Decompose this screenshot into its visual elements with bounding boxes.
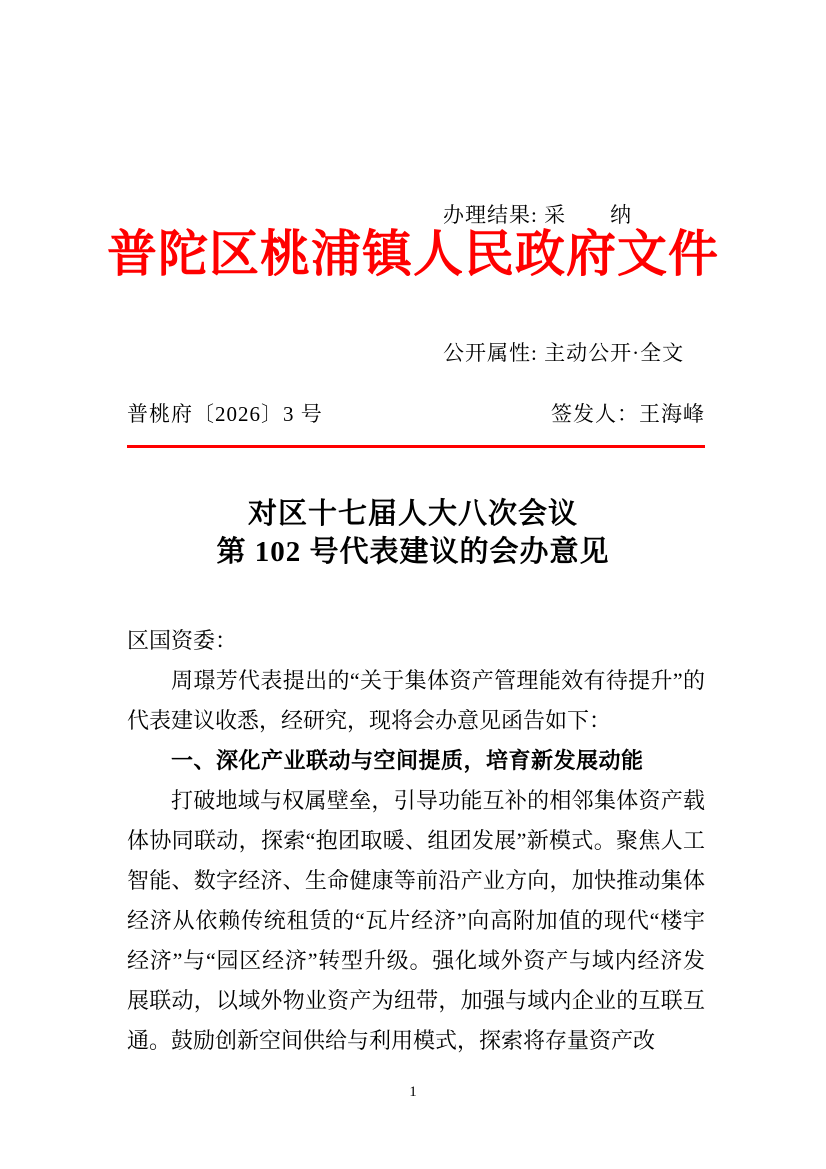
salutation: 区国资委： <box>127 621 705 661</box>
signer: 签发人：王海峰 <box>551 399 705 429</box>
disclosure-attribute-line: 公开属性: 主动公开·全文 <box>443 330 684 376</box>
document-title-line2: 第 102 号代表建议的会办意见 <box>0 533 826 571</box>
document-title: 对区十七届人大八次会议 第 102 号代表建议的会办意见 <box>0 495 826 571</box>
letterhead-divider-rule <box>127 445 705 448</box>
section1-heading: 一、深化产业联动与空间提质，培育新发展动能 <box>127 741 705 781</box>
letterhead-agency-title: 普陀区桃浦镇人民政府文件 <box>0 223 826 285</box>
document-title-line1: 对区十七届人大八次会议 <box>0 495 826 533</box>
document-number: 普桃府〔2026〕3 号 <box>127 399 323 429</box>
document-page: 办理结果: 采 纳 公开属性: 主动公开·全文 普陀区桃浦镇人民政府文件 普桃府… <box>0 0 826 1169</box>
document-number-row: 普桃府〔2026〕3 号 签发人：王海峰 <box>127 399 705 429</box>
section1-paragraph: 打破地域与权属壁垒，引导功能互补的相邻集体资产载体协同联动，探索“抱团取暖、组团… <box>127 781 705 1061</box>
intro-paragraph: 周璟芳代表提出的“关于集体资产管理能效有待提升”的代表建议收悉，经研究，现将会办… <box>127 661 705 741</box>
page-number: 1 <box>0 1081 826 1103</box>
document-body: 区国资委： 周璟芳代表提出的“关于集体资产管理能效有待提升”的代表建议收悉，经研… <box>127 621 705 1061</box>
